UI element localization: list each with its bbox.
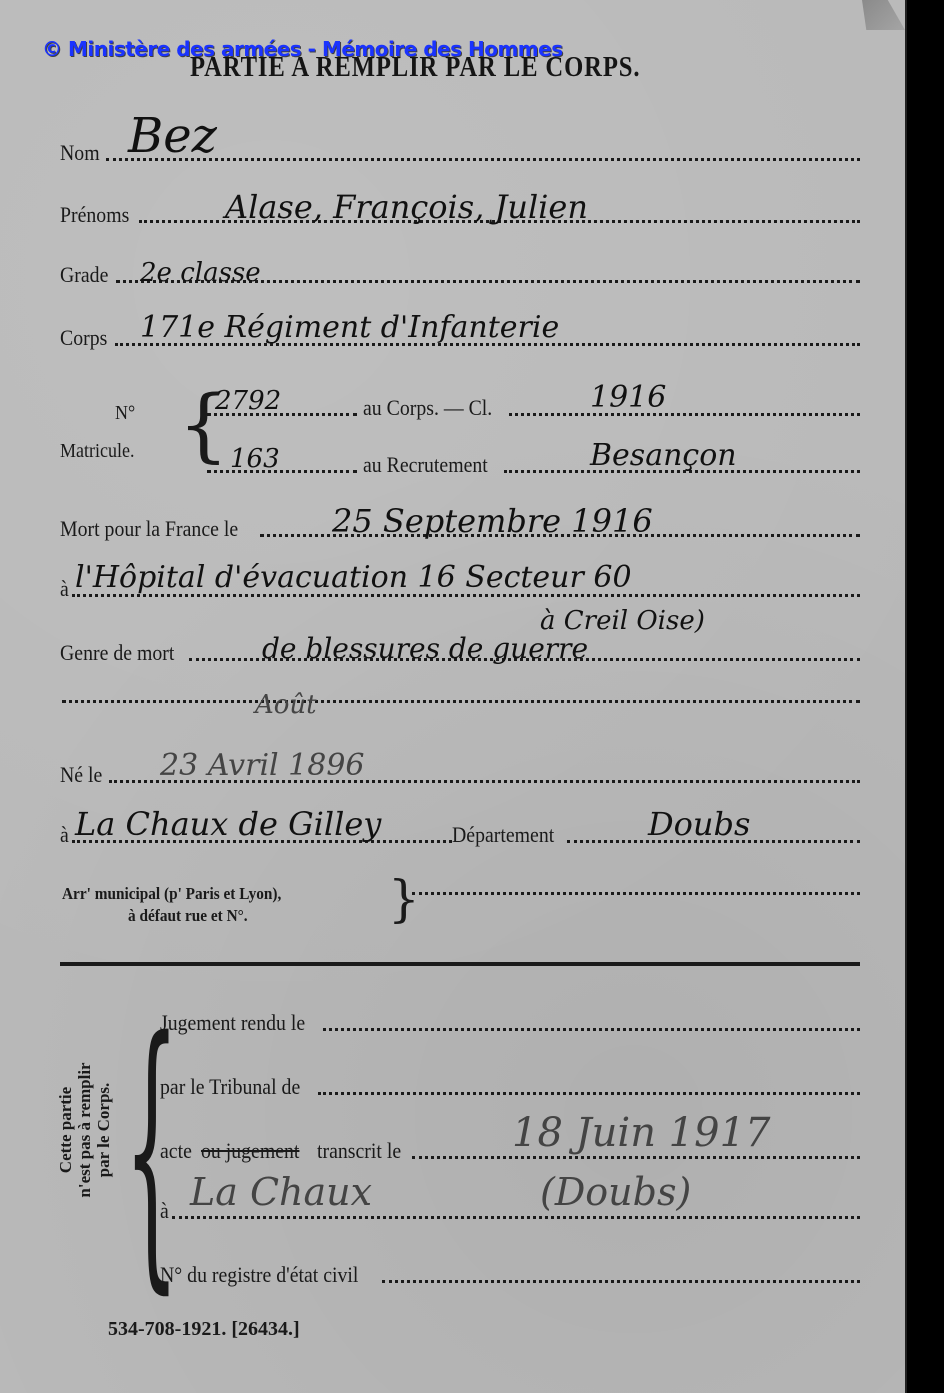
acte-transcrit-label: transcrit le (317, 1138, 401, 1164)
dotted-line (172, 1216, 860, 1219)
matricule-recrutement-number: 163 (230, 444, 280, 474)
lieu-mort-label: à (60, 576, 69, 602)
matricule-label: Matricule. (60, 440, 134, 463)
copyright-watermark: © Ministère des armées - Mémoire des Hom… (42, 37, 563, 61)
prenoms-label: Prénoms (60, 202, 129, 228)
side-note-line-1: Cette partie (56, 1030, 75, 1230)
dotted-line (412, 892, 860, 895)
ne-label: Né le (60, 762, 102, 788)
nom-value: Bez (128, 108, 217, 164)
side-note-line-3: par le Corps. (94, 1030, 113, 1230)
mort-value: 25 Septembre 1916 (332, 502, 653, 540)
field-matricule-recrutement: au Recrutement (205, 452, 860, 478)
civil-section-note: Cette partie n'est pas à remplir par le … (56, 1030, 113, 1230)
au-recrutement-label: au Recrutement (363, 452, 488, 478)
jugement-label: Jugement rendu le (160, 1010, 305, 1036)
dotted-line (62, 700, 860, 703)
lieu-acte-value: La Chaux (190, 1170, 372, 1214)
section-divider (60, 962, 860, 966)
lieu-acte-value-2: (Doubs) (540, 1170, 691, 1214)
lieu-naissance-value: La Chaux de Gilley (75, 805, 381, 843)
lieu-naissance-label: à (60, 822, 69, 848)
dotted-line (106, 158, 860, 161)
dotted-line (323, 1028, 860, 1031)
genre-mort-label: Genre de mort (60, 640, 174, 666)
prenoms-value: Alase, François, Julien (225, 188, 588, 226)
arrondissement-label-2: à défaut rue et N°. (128, 906, 248, 926)
corps-value: 171e Régiment d'Infanterie (140, 310, 559, 345)
matricule-corps-number: 2792 (215, 386, 281, 416)
tribunal-label: par le Tribunal de (160, 1074, 300, 1100)
ne-value: 23 Avril 1896 (160, 748, 365, 783)
departement-label: Département (452, 822, 554, 848)
dotted-line (509, 413, 860, 416)
form-reference-number: 534-708-1921. [26434.] (108, 1318, 300, 1341)
acte-label: acte (160, 1138, 192, 1164)
dotted-line (412, 1156, 860, 1159)
field-tribunal: par le Tribunal de (160, 1074, 860, 1100)
lieu-mort-value: l'Hôpital d'évacuation 16 Secteur 60 (75, 560, 632, 595)
side-note-line-2: n'est pas à remplir (75, 1030, 94, 1230)
dotted-line (382, 1280, 860, 1283)
death-record-card: © Ministère des armées - Mémoire des Hom… (0, 0, 907, 1393)
grade-label: Grade (60, 262, 108, 288)
au-corps-label: au Corps. — Cl. (363, 395, 492, 421)
field-arrondissement (410, 892, 860, 900)
recrutement-value: Besançon (590, 438, 737, 473)
lieu-acte-label: à (160, 1198, 169, 1224)
birth-month-correction: Août (255, 690, 317, 720)
blank-line (60, 700, 860, 708)
field-matricule-corps: au Corps. — Cl. (205, 395, 860, 421)
classe-value: 1916 (590, 380, 666, 415)
arrondissement-label-1: Arr' municipal (p' Paris et Lyon), (62, 884, 281, 904)
genre-mort-value: de blessures de guerre (262, 632, 588, 665)
matricule-no-label: N° (115, 402, 135, 425)
field-registre: N° du registre d'état civil (160, 1262, 860, 1288)
folded-corner (862, 0, 905, 30)
nom-label: Nom (60, 140, 100, 166)
acte-value: 18 Juin 1917 (512, 1110, 770, 1156)
departement-value: Doubs (648, 805, 750, 843)
grade-value: 2e classe (140, 258, 261, 288)
mort-label: Mort pour la France le (60, 516, 238, 542)
registre-label: N° du registre d'état civil (160, 1262, 358, 1288)
dotted-line (318, 1092, 860, 1095)
field-jugement: Jugement rendu le (160, 1010, 860, 1036)
acte-struck-label: ou jugement (201, 1138, 299, 1164)
corps-label: Corps (60, 325, 107, 351)
